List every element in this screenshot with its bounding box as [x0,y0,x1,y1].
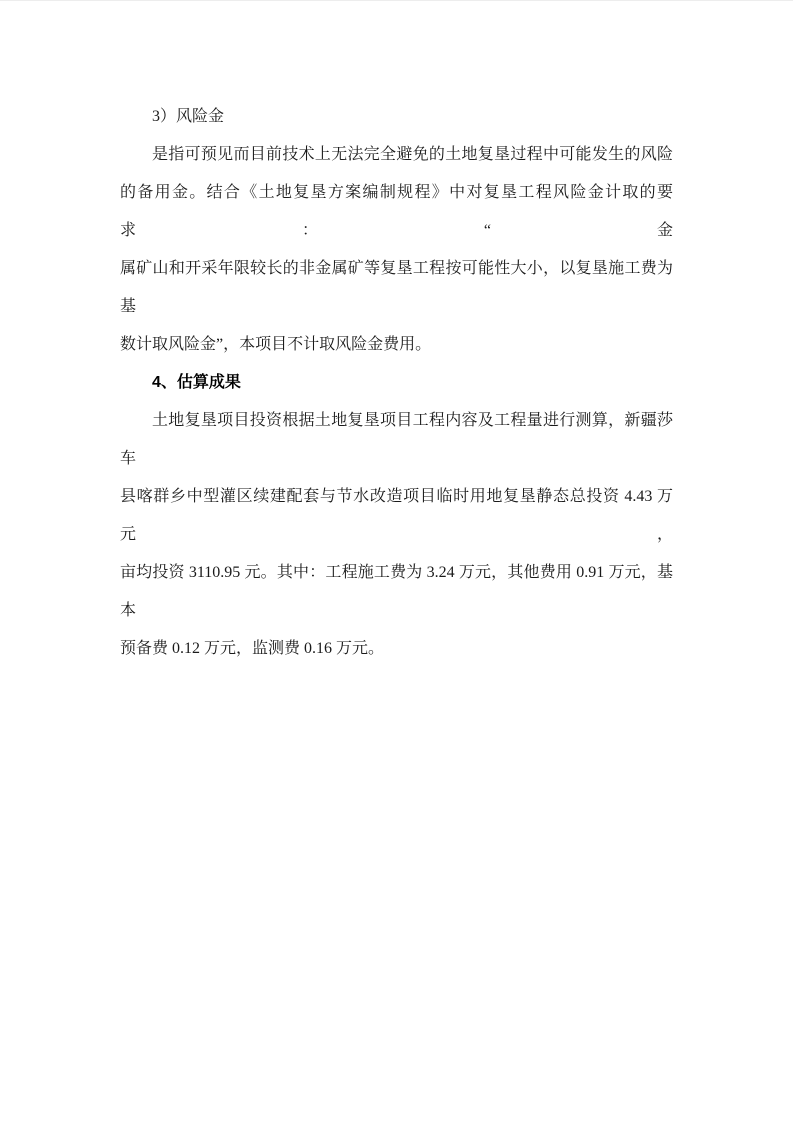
result-paragraph-line: 预备费 0.12 万元，监测费 0.16 万元。 [120,630,673,668]
risk-paragraph-line: 属矿山和开采年限较长的非金属矿等复垦工程按可能性大小，以复垦施工费为基 [120,250,673,326]
document-content: 3）风险金 是指可预见而目前技术上无法完全避免的土地复垦过程中可能发生的风险 的… [120,98,673,668]
risk-paragraph-line: 数计取风险金”，本项目不计取风险金费用。 [120,326,673,364]
risk-fund-subsection-heading: 3）风险金 [120,98,673,136]
risk-paragraph-line: 是指可预见而目前技术上无法完全避免的土地复垦过程中可能发生的风险 [120,136,673,174]
result-paragraph-line: 县喀群乡中型灌区续建配套与节水改造项目临时用地复垦静态总投资 4.43 万元， [120,478,673,554]
risk-paragraph-line: 的备用金。结合《土地复垦方案编制规程》中对复垦工程风险金计取的要求：“金 [120,174,673,250]
result-paragraph-line: 亩均投资 3110.95 元。其中：工程施工费为 3.24 万元，其他费用 0.… [120,554,673,630]
document-page: 3）风险金 是指可预见而目前技术上无法完全避免的土地复垦过程中可能发生的风险 的… [0,0,793,1122]
result-paragraph-line: 土地复垦项目投资根据土地复垦项目工程内容及工程量进行测算，新疆莎车 [120,402,673,478]
estimation-results-section-heading: 4、估算成果 [120,364,673,402]
